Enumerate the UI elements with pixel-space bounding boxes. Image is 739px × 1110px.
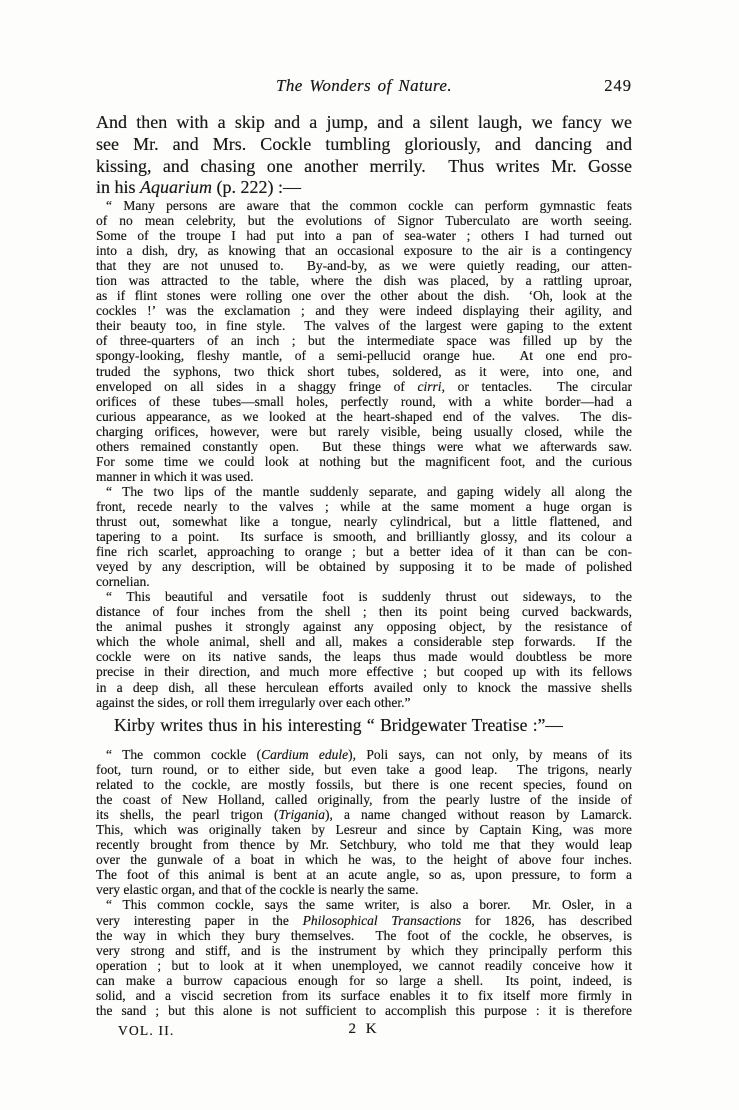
page-footer: VOL. II. 2 K [96,1021,632,1043]
kirby-quote-block: “ The common cockle (Cardium edule), Pol… [96,747,632,1018]
text-line: The foot of this animal is bent at an ac… [96,867,632,882]
text-line: the sand ; but this alone is not suffici… [96,1003,632,1018]
text-line: veyed by any description, will be obtain… [96,559,632,574]
text-line: over the gunwale of a boat in which he w… [96,852,632,867]
text-line: And then with a skip and a jump, and a s… [96,112,632,134]
text-line: related to the cockle, are mostly fossil… [96,777,632,792]
text-line: “ Many persons are aware that the common… [96,198,632,213]
kirby-heading: Kirby writes thus in his interesting “ B… [96,713,632,737]
text-line: “ The two lips of the mantle suddenly se… [96,484,632,499]
text-line: the animal pushes it strongly against an… [96,619,632,634]
text-line: front, recede nearly to the valves ; whi… [96,499,632,514]
text-line: foot, turn round, or to either side, but… [96,762,632,777]
text-line: tion was attracted to the table, where t… [96,273,632,288]
gosse-quote-block: “ Many persons are aware that the common… [96,198,632,710]
paragraph: “ The common cockle (Cardium edule), Pol… [96,747,632,897]
text-line: fine rich scarlet, approaching to orange… [96,544,632,559]
volume-label: VOL. II. [118,1023,174,1039]
text-line: very strong and stiff, and is the instru… [96,943,632,958]
text-line: “ The common cockle (Cardium edule), Pol… [96,747,632,762]
text-line: the coast of New Holland, called origina… [96,792,632,807]
text-line: kissing, and chasing one another merrily… [96,156,632,178]
text-line: Some of the troupe I had put into a pan … [96,228,632,243]
text-line: curious appearance, as we looked at the … [96,409,632,424]
text-line: truded the syphons, two thick short tube… [96,364,632,379]
text-line: very interesting paper in the Philosophi… [96,913,632,928]
text-line: into a dish, dry, as knowing that an occ… [96,243,632,258]
text-line: enveloped on all sides in a shaggy fring… [96,379,632,394]
text-line: manner in which it was used. [96,469,632,484]
text-line: see Mr. and Mrs. Cockle tumbling gloriou… [96,134,632,156]
text-line: in a deep dish, all these herculean effo… [96,680,632,695]
text-line: of no mean celebrity, but the evolutions… [96,213,632,228]
text-line: solid, and a viscid secretion from its s… [96,988,632,1003]
text-line: which the whole animal, shell and all, m… [96,634,632,649]
text-line: the way in which they bury themselves. T… [96,928,632,943]
text-line: others remained constantly open. But the… [96,439,632,454]
text-line: very elastic organ, and that of the cock… [96,882,632,897]
intro-paragraph: And then with a skip and a jump, and a s… [96,112,632,199]
paragraph: “ The two lips of the mantle suddenly se… [96,484,632,589]
paragraph: “ Many persons are aware that the common… [96,198,632,484]
text-line: of three-quarters of an inch ; but the i… [96,333,632,348]
signature-mark: 2 K [96,1021,632,1038]
text-line: operation ; but to look at it when unemp… [96,958,632,973]
paragraph: “ This common cockle, says the same writ… [96,897,632,1017]
text-line: against the sides, or roll them irregula… [96,695,632,710]
text-line: cockles !’ was the exclamation ; and the… [96,303,632,318]
text-line: its shells, the pearl trigon (Trigania),… [96,807,632,822]
text-line: precise in their direction, and much mor… [96,664,632,679]
text-line: distance of four inches from the shell ;… [96,604,632,619]
text-line: cockle were on its native sands, the lea… [96,649,632,664]
text-line: thrust out, somewhat like a tongue, near… [96,514,632,529]
text-line: in his Aquarium (p. 222) :— [96,177,632,199]
book-page: The Wonders of Nature. 249 And then with… [0,0,739,1110]
text-line: For some time we could look at nothing b… [96,454,632,469]
text-line: that they are not unused to. By-and-by, … [96,258,632,273]
text-line: tapering to a point. Its surface is smoo… [96,529,632,544]
text-line: charging orifices, however, were but rar… [96,424,632,439]
text-line: their beauty too, in fine style. The val… [96,318,632,333]
text-line: This, which was originally taken by Lesr… [96,822,632,837]
running-head-title: The Wonders of Nature. [96,76,632,96]
paragraph: “ This beautiful and versatile foot is s… [96,589,632,709]
text-line: orifices of these tubes—small holes, per… [96,394,632,409]
page-number: 249 [604,76,632,96]
text-line: spongy-looking, fleshy mantle, of a semi… [96,348,632,363]
text-line: “ This common cockle, says the same writ… [96,897,632,912]
text-line: cornelian. [96,574,632,589]
text-line: “ This beautiful and versatile foot is s… [96,589,632,604]
text-line: recently brought from thence by Mr. Setc… [96,837,632,852]
text-line: as if flint stones were rolling one over… [96,288,632,303]
text-line: can make a burrow capacious enough for s… [96,973,632,988]
page-header: The Wonders of Nature. 249 [96,76,632,98]
